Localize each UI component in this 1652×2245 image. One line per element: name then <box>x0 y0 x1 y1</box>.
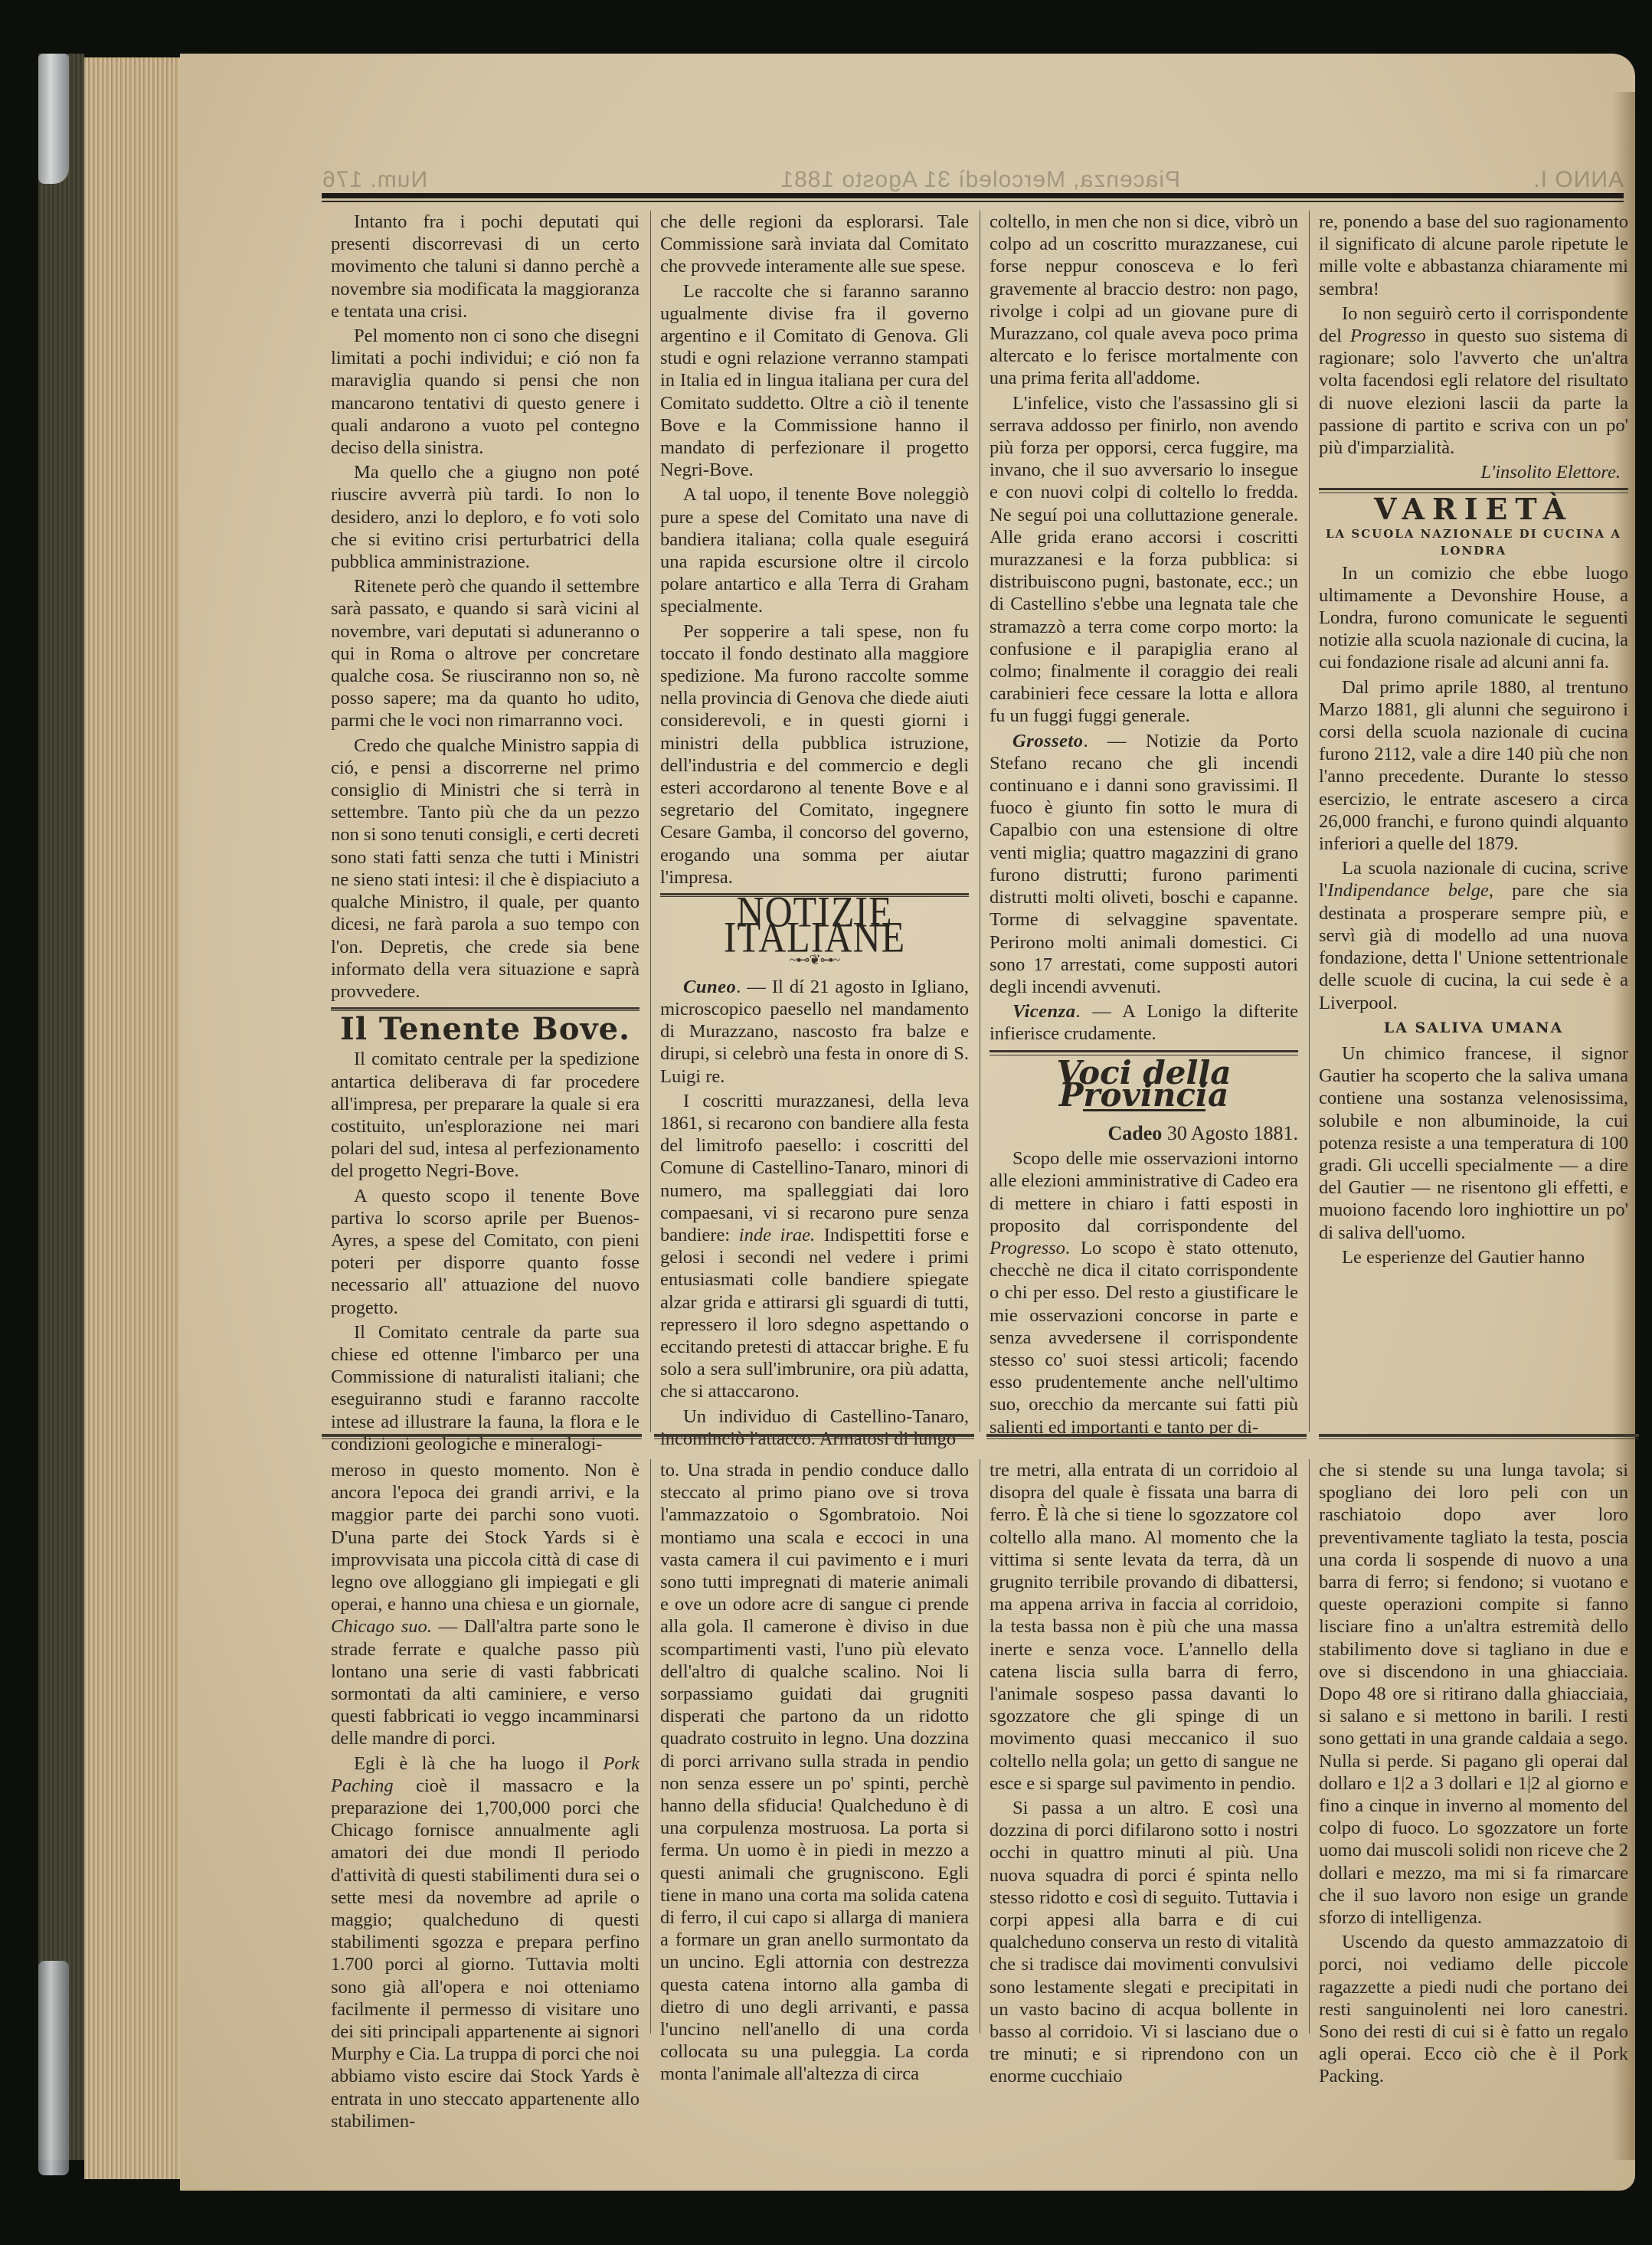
paragraph: Egli è là che ha luogo il Pork Paching c… <box>331 1752 640 2132</box>
news-item-cuneo: Cuneo. — Il dí 21 agosto in Igliano, mic… <box>660 976 969 1088</box>
paragraph: Ritenete però che quando il settembre sa… <box>331 575 640 731</box>
paragraph: Dal primo aprile 1880, al trentuno Marzo… <box>1319 676 1628 856</box>
feuilleton-column-3: tre metri, alla entrata di un corridoio … <box>980 1459 1310 2034</box>
paragraph: Un individuo di Castellino-Tanaro, incom… <box>660 1406 969 1450</box>
lower-columns: meroso in questo momento. Non è ancora l… <box>322 1459 1639 2034</box>
paragraph: meroso in questo momento. Non è ancora l… <box>331 1459 640 1750</box>
subheading-saliva-umana: LA SALIVA UMANA <box>1319 1017 1628 1039</box>
binding-clip-bottom <box>38 1961 69 2175</box>
header-rule <box>322 193 1624 202</box>
binding-clip-top <box>38 54 69 184</box>
paragraph: tre metri, alla entrata di un corridoio … <box>990 1459 1298 1795</box>
feuilleton-column-1: meroso in questo momento. Non è ancora l… <box>322 1459 651 2034</box>
page-edges <box>84 57 184 2179</box>
masthead-dateline: Piacenza, Mercoledì 31 Agosto 1881 <box>780 167 1180 193</box>
paragraph: to. Una strada in pendio conduce dallo s… <box>660 1459 969 2086</box>
paragraph: Un chimico francese, il signor Gautier h… <box>1319 1042 1628 1244</box>
feuilleton-column-4: che si stende su una lunga tavola; si sp… <box>1310 1459 1639 2034</box>
paragraph: Il comitato centrale per la spedizione a… <box>331 1048 640 1182</box>
paragraph: re, ponendo a base del suo ragionamento … <box>1319 211 1628 300</box>
paragraph: Ma quello che a giugno non poté riuscire… <box>331 461 640 573</box>
masthead-year: ANNO I. <box>1533 167 1624 193</box>
column-2: che delle regioni da esplorarsi. Tale Co… <box>651 211 980 1432</box>
paragraph: L'infelice, visto che l'assassino gli si… <box>990 392 1298 728</box>
paragraph: Le esperienze del Gautier hanno <box>1319 1246 1628 1268</box>
column-3: coltello, in men che non si dice, vibrò … <box>980 211 1310 1432</box>
paragraph: I coscritti murazzanesi, della leva 1861… <box>660 1090 969 1403</box>
paragraph: Io non seguirò certo il corrispondente d… <box>1319 303 1628 459</box>
paragraph: Credo che qualche Ministro sappia di ció… <box>331 735 640 1003</box>
book-spine <box>38 54 84 2160</box>
paragraph: Pel momento non ci sono che disegni limi… <box>331 325 640 459</box>
paragraph: Per sopperire a tali spese, non fu tocca… <box>660 620 969 889</box>
news-item-grosseto: Grosseto. — Notizie da Porto Stefano rec… <box>990 730 1298 998</box>
letter-signature: L'insolito Elettore. <box>1319 461 1628 483</box>
paragraph: Si passa a un altro. E così una dozzina … <box>990 1797 1298 2088</box>
paragraph: A tal uopo, il tenente Bove noleggiò pur… <box>660 483 969 617</box>
place-name: Grosseto <box>1012 731 1083 751</box>
article-title-tenente-bove: Il Tenente Bove. <box>331 1018 640 1040</box>
paragraph: Intanto fra i pochi deputati qui present… <box>331 211 640 322</box>
paragraph: A questo scopo il tenente Bove partiva l… <box>331 1185 640 1319</box>
letter-dateline: Cadeo 30 Agosto 1881. <box>990 1122 1298 1144</box>
paragraph: Le raccolte che si faranno saranno ugual… <box>660 280 969 482</box>
section-title-voci-della-provincia: Voci della Provincia <box>990 1062 1298 1106</box>
subheading-scuola-cucina: LA SCUOLA NAZIONALE DI CUCINA A LONDRA <box>1319 525 1628 559</box>
feuilleton-column-2: to. Una strada in pendio conduce dallo s… <box>651 1459 980 2034</box>
column-4: re, ponendo a base del suo ragionamento … <box>1310 211 1639 1432</box>
place-name: Vicenza <box>1012 1001 1075 1022</box>
paragraph: Scopo delle mie osservazioni intorno all… <box>990 1147 1298 1438</box>
place-name: Cuneo <box>683 977 736 997</box>
column-1: Intanto fra i pochi deputati qui present… <box>322 211 651 1432</box>
paragraph: Uscendo da questo ammazzatoio di porci, … <box>1319 1931 1628 2087</box>
paragraph: coltello, in men che non si dice, vibrò … <box>990 211 1298 390</box>
upper-columns: Intanto fra i pochi deputati qui present… <box>322 211 1639 1432</box>
masthead-issue-number: Num. 176 <box>322 167 427 193</box>
paragraph: La scuola nazionale di cucina, scrive l'… <box>1319 857 1628 1013</box>
feuilleton-divider <box>322 1434 1639 1440</box>
paragraph: che si stende su una lunga tavola; si sp… <box>1319 1459 1628 1929</box>
paragraph: In un comizio che ebbe luogo ultimamente… <box>1319 562 1628 674</box>
paragraph: che delle regioni da esplorarsi. Tale Co… <box>660 211 969 278</box>
section-title-varieta: VARIETÀ <box>1319 498 1628 520</box>
section-title-notizie-italiane: NOTIZIE ITALIANE <box>660 899 969 951</box>
news-item-vicenza: Vicenza. — A Lonigo la difterite infieri… <box>990 1000 1298 1045</box>
